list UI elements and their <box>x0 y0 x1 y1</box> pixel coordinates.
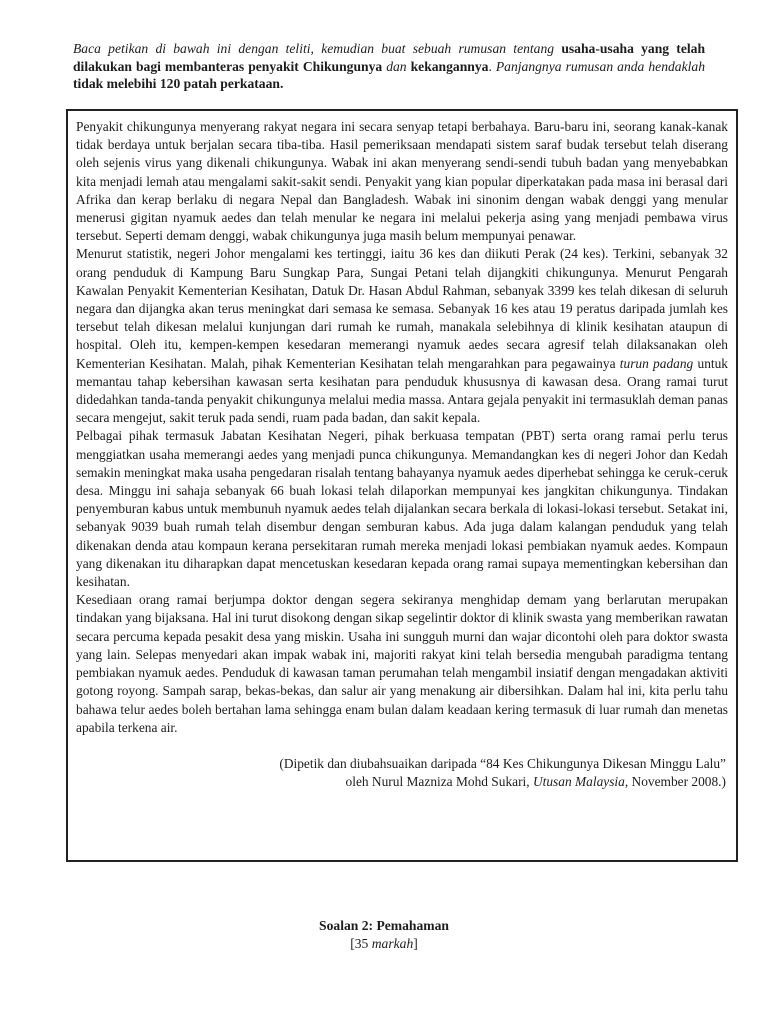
instruction-segment-word-limit: tidak melebihi 120 patah perkataan. <box>73 76 283 91</box>
instruction-segment: Panjangnya rumusan anda hendaklah <box>496 59 705 74</box>
marks-word: markah <box>372 936 414 951</box>
paragraph-2-text: Menurut statistik, negeri Johor mengalam… <box>76 246 728 370</box>
instruction-segment: dan <box>386 59 410 74</box>
attribution: (Dipetik dan diubahsuaikan daripada “84 … <box>76 755 726 791</box>
instruction-segment-constraint: kekangannya <box>411 59 489 74</box>
footer: Soalan 2: Pemahaman [35 markah] <box>0 917 768 953</box>
passage-paragraph-1: Penyakit chikungunya menyerang rakyat ne… <box>76 118 728 245</box>
passage-paragraph-4: Kesediaan orang ramai berjumpa doktor de… <box>76 591 728 737</box>
instruction-segment: Baca petikan di bawah ini dengan teliti,… <box>73 41 561 56</box>
marks-value: [35 <box>350 936 372 951</box>
marks-label: [35 markah] <box>0 935 768 953</box>
question-title: Soalan 2: Pemahaman <box>0 917 768 935</box>
passage-box: Penyakit chikungunya menyerang rakyat ne… <box>66 109 738 862</box>
paragraph-2-italic-phrase: turun padang <box>620 356 693 371</box>
attribution-line-2: oleh Nurul Mazniza Mohd Sukari, <box>346 774 533 789</box>
document-page: Baca petikan di bawah ini dengan teliti,… <box>0 0 768 1024</box>
passage-paragraph-3: Pelbagai pihak termasuk Jabatan Kesihata… <box>76 427 728 591</box>
passage-paragraph-2: Menurut statistik, negeri Johor mengalam… <box>76 245 728 427</box>
attribution-line-2: , November 2008.) <box>625 774 726 789</box>
attribution-line-1: (Dipetik dan diubahsuaikan daripada “84 … <box>279 756 726 771</box>
instruction-text: Baca petikan di bawah ini dengan teliti,… <box>73 40 705 93</box>
instruction-segment: . <box>488 59 495 74</box>
attribution-source-title: Utusan Malaysia <box>533 774 625 789</box>
marks-bracket: ] <box>413 936 418 951</box>
